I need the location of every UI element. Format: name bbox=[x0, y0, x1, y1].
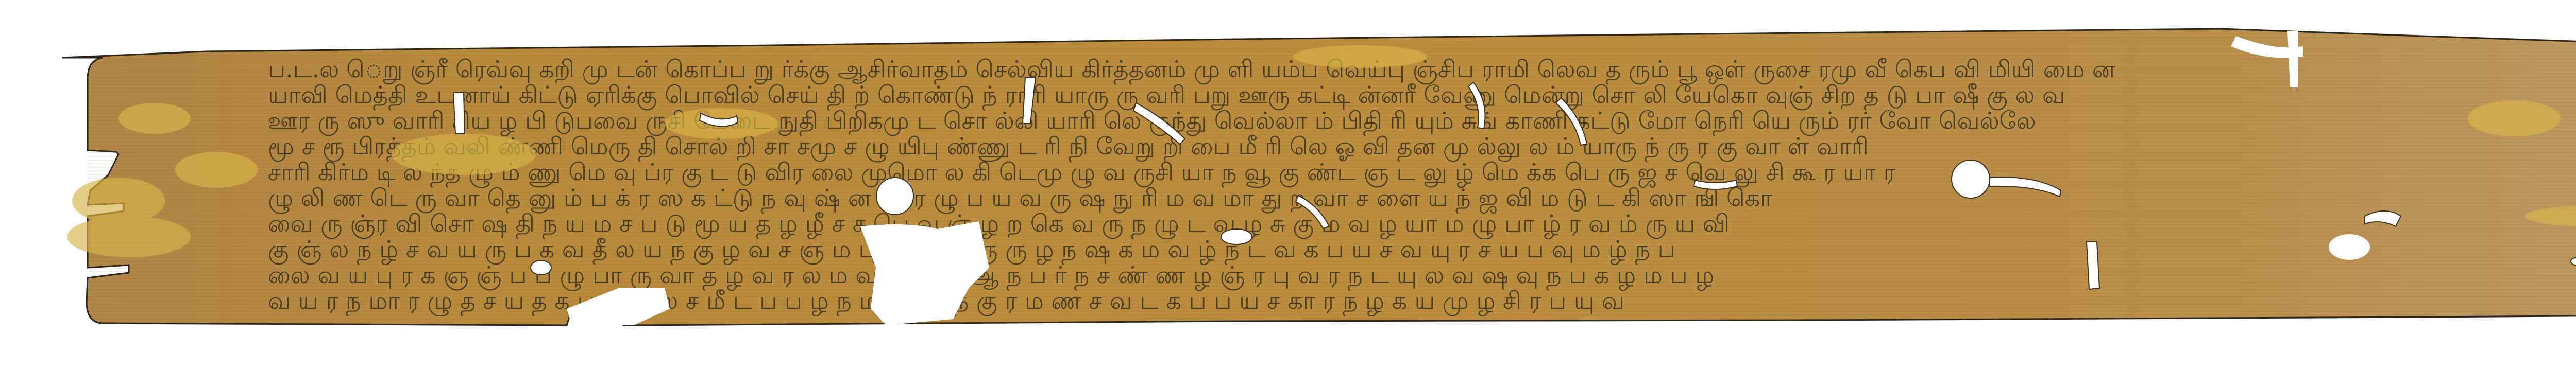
string-hole-left bbox=[876, 178, 913, 215]
palm-leaf: ப.ட.ல ெறு ஞ்ரீ ரெவ்வு கறி மு டன் கொப்ப ற… bbox=[0, 0, 2576, 370]
string-hole-right bbox=[1952, 160, 1990, 198]
manuscript-scan: ப.ட.ல ெறு ஞ்ரீ ரெவ்வு கறி மு டன் கொப்ப ற… bbox=[0, 0, 2576, 370]
